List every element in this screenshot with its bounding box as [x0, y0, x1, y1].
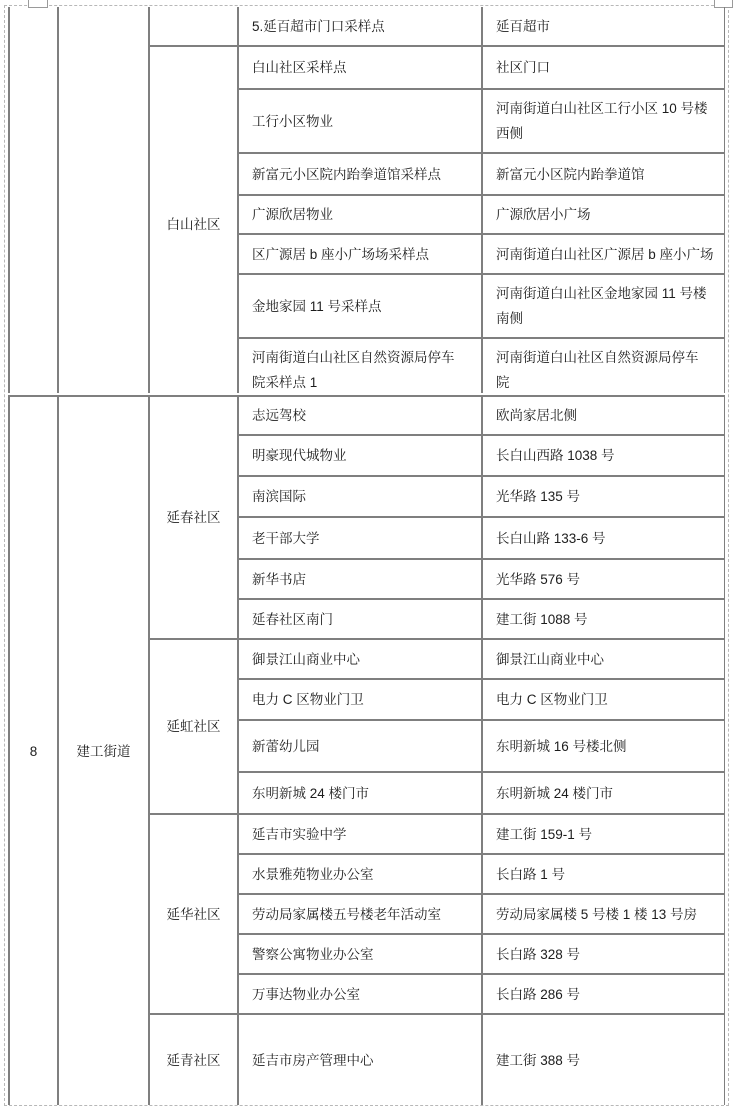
location-cell: 河南街道白山社区工行小区 10 号楼 西侧: [482, 89, 725, 153]
community-cell: 延华社区: [149, 814, 238, 1014]
location-cell: 长白山西路 1038 号: [482, 435, 725, 476]
point-name-cell: 万事达物业办公室: [238, 974, 482, 1014]
sampling-table-main: 8 建工街道 延春社区 志远驾校 欧尚家居北侧 明豪现代城物业 长白山西路 10…: [8, 395, 725, 1105]
point-name-cell: 5.延百超市门口采样点: [238, 7, 482, 46]
location-cell: 电力 C 区物业门卫: [482, 679, 725, 720]
community-cell: 延青社区: [149, 1014, 238, 1105]
point-name-cell: 劳动局家属楼五号楼老年活动室: [238, 894, 482, 934]
table-row: 8 建工街道 延春社区 志远驾校 欧尚家居北侧: [9, 396, 725, 435]
location-cell: 长白山路 133-6 号: [482, 517, 725, 559]
location-cell: 长白路 1 号: [482, 854, 725, 894]
point-name-cell: 志远驾校: [238, 396, 482, 435]
location-cell: 御景江山商业中心: [482, 639, 725, 679]
community-cell: 白山社区: [149, 46, 238, 393]
community-cell: 延虹社区: [149, 639, 238, 814]
location-cell: 建工街 388 号: [482, 1014, 725, 1105]
community-cell: 延春社区: [149, 396, 238, 639]
sampling-table-top: 5.延百超市门口采样点 延百超市 白山社区 白山社区采样点 社区门口 工行小区物…: [8, 7, 725, 393]
point-name-cell: 明豪现代城物业: [238, 435, 482, 476]
serial-number-cell: [9, 7, 58, 393]
point-name-cell: 白山社区采样点: [238, 46, 482, 89]
point-name-cell: 金地家园 11 号采样点: [238, 274, 482, 338]
location-cell: 延百超市: [482, 7, 725, 46]
document-page: 5.延百超市门口采样点 延百超市 白山社区 白山社区采样点 社区门口 工行小区物…: [0, 0, 733, 1110]
point-name-cell: 新蕾幼儿园: [238, 720, 482, 772]
location-cell: 河南街道白山社区广源居 b 座小广场: [482, 234, 725, 274]
location-cell: 河南街道白山社区金地家园 11 号楼 南侧: [482, 274, 725, 338]
point-name-cell: 广源欣居物业: [238, 195, 482, 234]
street-cell: [58, 7, 149, 393]
point-name-cell: 老干部大学: [238, 517, 482, 559]
location-cell: 东明新城 24 楼门市: [482, 772, 725, 814]
location-cell: 长白路 328 号: [482, 934, 725, 974]
location-cell: 广源欣居小广场: [482, 195, 725, 234]
point-name-cell: 水景雅苑物业办公室: [238, 854, 482, 894]
point-name-cell: 电力 C 区物业门卫: [238, 679, 482, 720]
location-cell: 新富元小区院内跆拳道馆: [482, 153, 725, 195]
location-cell: 长白路 286 号: [482, 974, 725, 1014]
location-cell: 光华路 576 号: [482, 559, 725, 599]
table-row: 5.延百超市门口采样点 延百超市: [9, 7, 725, 46]
location-cell: 劳动局家属楼 5 号楼 1 楼 13 号房: [482, 894, 725, 934]
location-cell: 欧尚家居北侧: [482, 396, 725, 435]
location-cell: 光华路 135 号: [482, 476, 725, 517]
point-name-cell: 新富元小区院内跆拳道馆采样点: [238, 153, 482, 195]
point-name-cell: 延吉市实验中学: [238, 814, 482, 854]
point-name-cell: 南滨国际: [238, 476, 482, 517]
point-name-cell: 区广源居 b 座小广场场采样点: [238, 234, 482, 274]
point-name-cell: 延吉市房产管理中心: [238, 1014, 482, 1105]
point-name-cell: 河南街道白山社区自然资源局停车 院采样点 1: [238, 338, 482, 393]
point-name-cell: 工行小区物业: [238, 89, 482, 153]
location-cell: 建工街 1088 号: [482, 599, 725, 639]
point-name-cell: 东明新城 24 楼门市: [238, 772, 482, 814]
serial-number-cell: 8: [9, 396, 58, 1105]
point-name-cell: 新华书店: [238, 559, 482, 599]
point-name-cell: 御景江山商业中心: [238, 639, 482, 679]
point-name-cell: 警察公寓物业办公室: [238, 934, 482, 974]
community-cell: [149, 7, 238, 46]
street-cell: 建工街道: [58, 396, 149, 1105]
location-cell: 河南街道白山社区自然资源局停车 院: [482, 338, 725, 393]
location-cell: 建工街 159-1 号: [482, 814, 725, 854]
location-cell: 社区门口: [482, 46, 725, 89]
point-name-cell: 延春社区南门: [238, 599, 482, 639]
location-cell: 东明新城 16 号楼北侧: [482, 720, 725, 772]
